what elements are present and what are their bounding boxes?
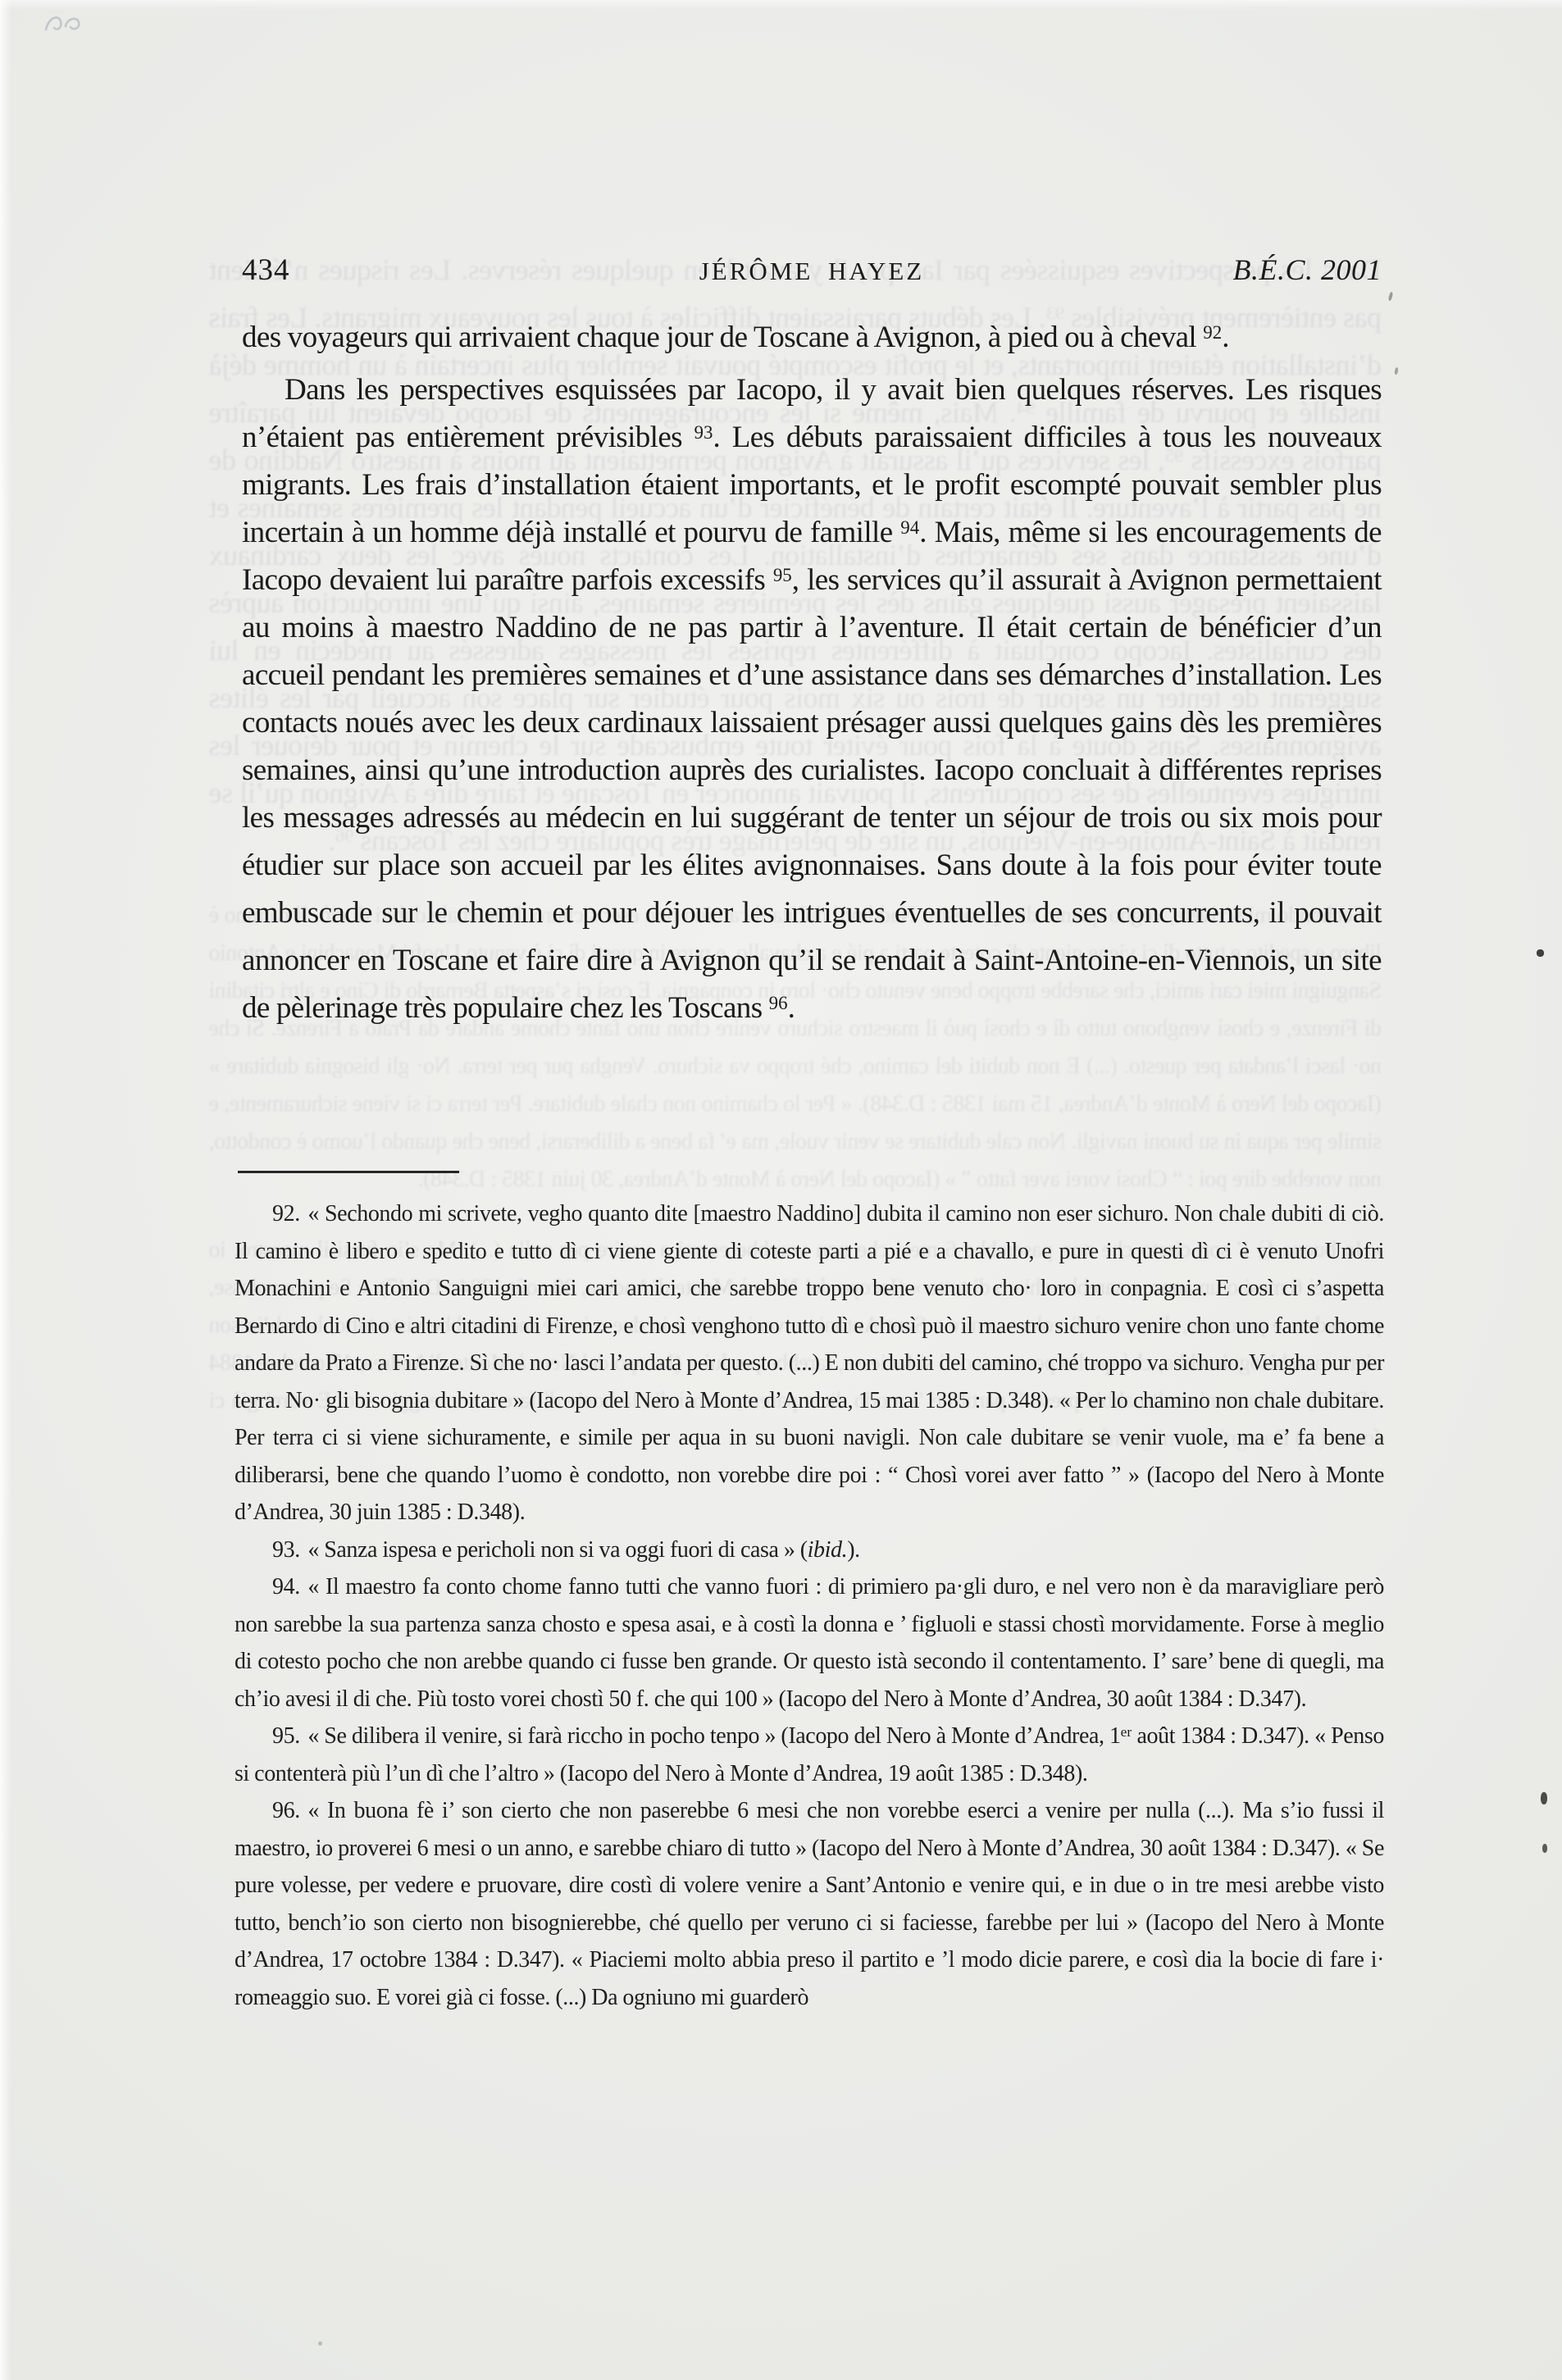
footnote-96: 96.« In buona fè i’ son cierto che non p… [235,1792,1384,2016]
scanned-page: Dans les perspectives esquissées par Iac… [0,0,1562,2380]
footnote-number: 96. [272,1798,300,1823]
footnote-reference: 93 [694,422,713,443]
footnote-text: « In buona fè i’ son cierto che non pase… [235,1798,1384,2010]
footnote-number: 95. [272,1723,300,1749]
ink-speck [1541,1792,1547,1804]
footnotes-section: 92.« Sechondo mi scrivete, vegho quanto … [235,1195,1384,2016]
page-number: 434 [242,253,290,288]
footnote-93: 93.« Sanza ispesa e pericholi non si va … [235,1531,1384,1569]
body-paragraph-1: des voyageurs qui arrivaient chaque jour… [242,314,1382,362]
ink-speck [1537,949,1544,957]
footnote-text: « Sechondo mi scrivete, vegho quanto dit… [235,1201,1384,1525]
footnote-separator [238,1171,459,1173]
main-text: des voyageurs qui arrivaient chaque jour… [242,314,1382,1032]
footnote-number: 93. [272,1537,300,1563]
running-header: 434 JÉRÔME HAYEZ B.É.C. 2001 [242,253,1382,288]
footnote-reference: 92 [1203,322,1222,343]
footnote-text: « Sanza ispesa e pericholi non si va ogg… [307,1537,859,1563]
footnote-number: 94. [272,1574,300,1600]
footnote-text: « Se dilibera il venire, si farà riccho … [235,1723,1384,1786]
footnote-reference: 95 [773,565,792,585]
body-paragraph-2: Dans les perspectives esquissées par Iac… [242,366,1382,1032]
footnote-text: « Il maestro fa conto chome fanno tutti … [235,1574,1384,1712]
footnote-92: 92.« Sechondo mi scrivete, vegho quanto … [235,1195,1384,1531]
journal-ref: B.É.C. 2001 [1233,253,1382,287]
footnote-reference: er [1121,1724,1132,1740]
footnote-number: 92. [272,1201,300,1226]
footnote-reference: 96 [769,993,788,1013]
footnote-95: 95.« Se dilibera il venire, si farà ricc… [235,1718,1384,1792]
running-head: JÉRÔME HAYEZ [699,257,925,286]
footnote-reference: 94 [900,517,919,538]
ink-speck [1388,292,1394,302]
ink-speck [1542,1844,1547,1853]
ink-speck [318,2341,322,2346]
ink-speck [1394,367,1399,375]
pencil-mark [41,10,93,38]
footnote-94: 94.« Il maestro fa conto chome fanno tut… [235,1568,1384,1718]
